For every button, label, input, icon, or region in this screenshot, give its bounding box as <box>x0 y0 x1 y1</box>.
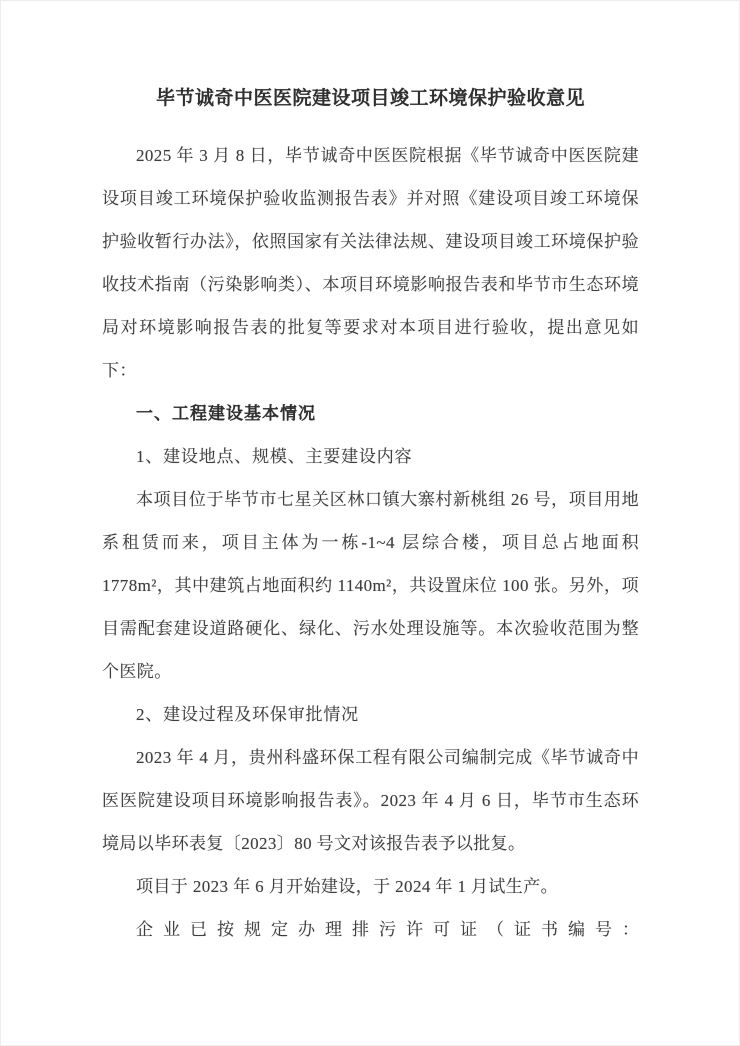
document-page: 毕节诚奇中医医院建设项目竣工环境保护验收意见 2025 年 3 月 8 日，毕节… <box>0 0 740 1046</box>
paragraph-pollution-permit: 企业已按规定办理排污许可证（证书编号： <box>102 908 639 951</box>
document-title: 毕节诚奇中医医院建设项目竣工环境保护验收意见 <box>102 77 639 120</box>
paragraph-construction-dates: 项目于 2023 年 6 月开始建设，于 2024 年 1 月试生产。 <box>102 865 639 908</box>
subsection-heading-process-approval: 2、建设过程及环保审批情况 <box>102 693 639 736</box>
section-heading-project-overview: 一、工程建设基本情况 <box>102 392 639 435</box>
paragraph-location-scale: 本项目位于毕节市七星关区林口镇大寨村新桃组 26 号，项目用地系租赁而来，项目主… <box>102 478 639 693</box>
paragraph-eia-approval: 2023 年 4 月，贵州科盛环保工程有限公司编制完成《毕节诚奇中医医院建设项目… <box>102 736 639 865</box>
document-content: 毕节诚奇中医医院建设项目竣工环境保护验收意见 2025 年 3 月 8 日，毕节… <box>1 1 739 1045</box>
subsection-heading-location-scale: 1、建设地点、规模、主要建设内容 <box>102 435 639 478</box>
intro-paragraph: 2025 年 3 月 8 日，毕节诚奇中医医院根据《毕节诚奇中医医院建设项目竣工… <box>102 134 639 392</box>
